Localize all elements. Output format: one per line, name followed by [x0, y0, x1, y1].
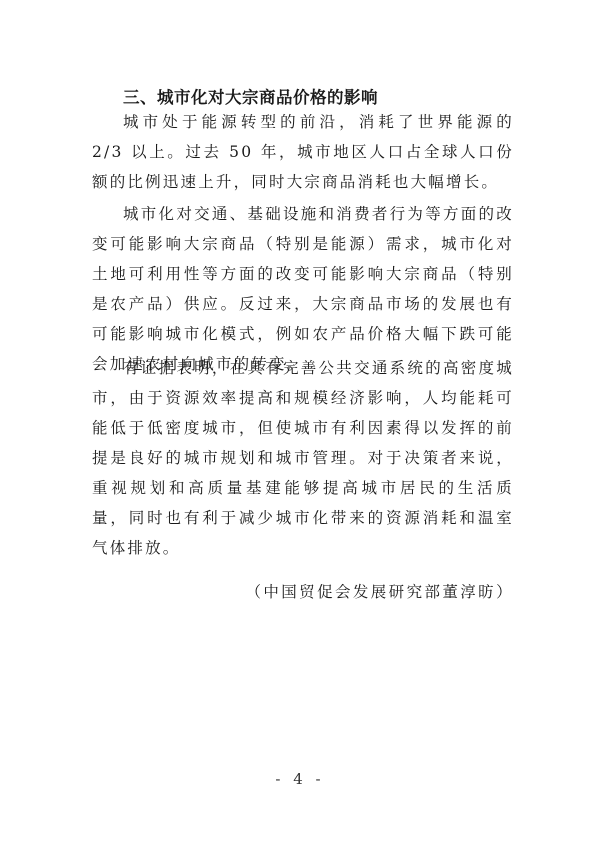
paragraph-energy-consumption: 城市处于能源转型的前沿，消耗了世界能源的 2/3 以上。过去 50 年，城市地区… — [92, 107, 514, 197]
source-attribution: （中国贸促会发展研究部董淳昉） — [245, 580, 514, 602]
section-heading: 三、城市化对大宗商品价格的影响 — [123, 84, 378, 108]
paragraph-evidence: 有证据表明，在具有完善公共交通系统的高密度城市，由于资源效率提高和规模经济影响，… — [92, 353, 514, 563]
document-page: 三、城市化对大宗商品价格的影响 城市处于能源转型的前沿，消耗了世界能源的 2/3… — [0, 0, 600, 848]
page-number: - 4 - — [0, 770, 600, 788]
paragraph-demand-supply: 城市化对交通、基础设施和消费者行为等方面的改变可能影响大宗商品（特别是能源）需求… — [92, 199, 514, 379]
